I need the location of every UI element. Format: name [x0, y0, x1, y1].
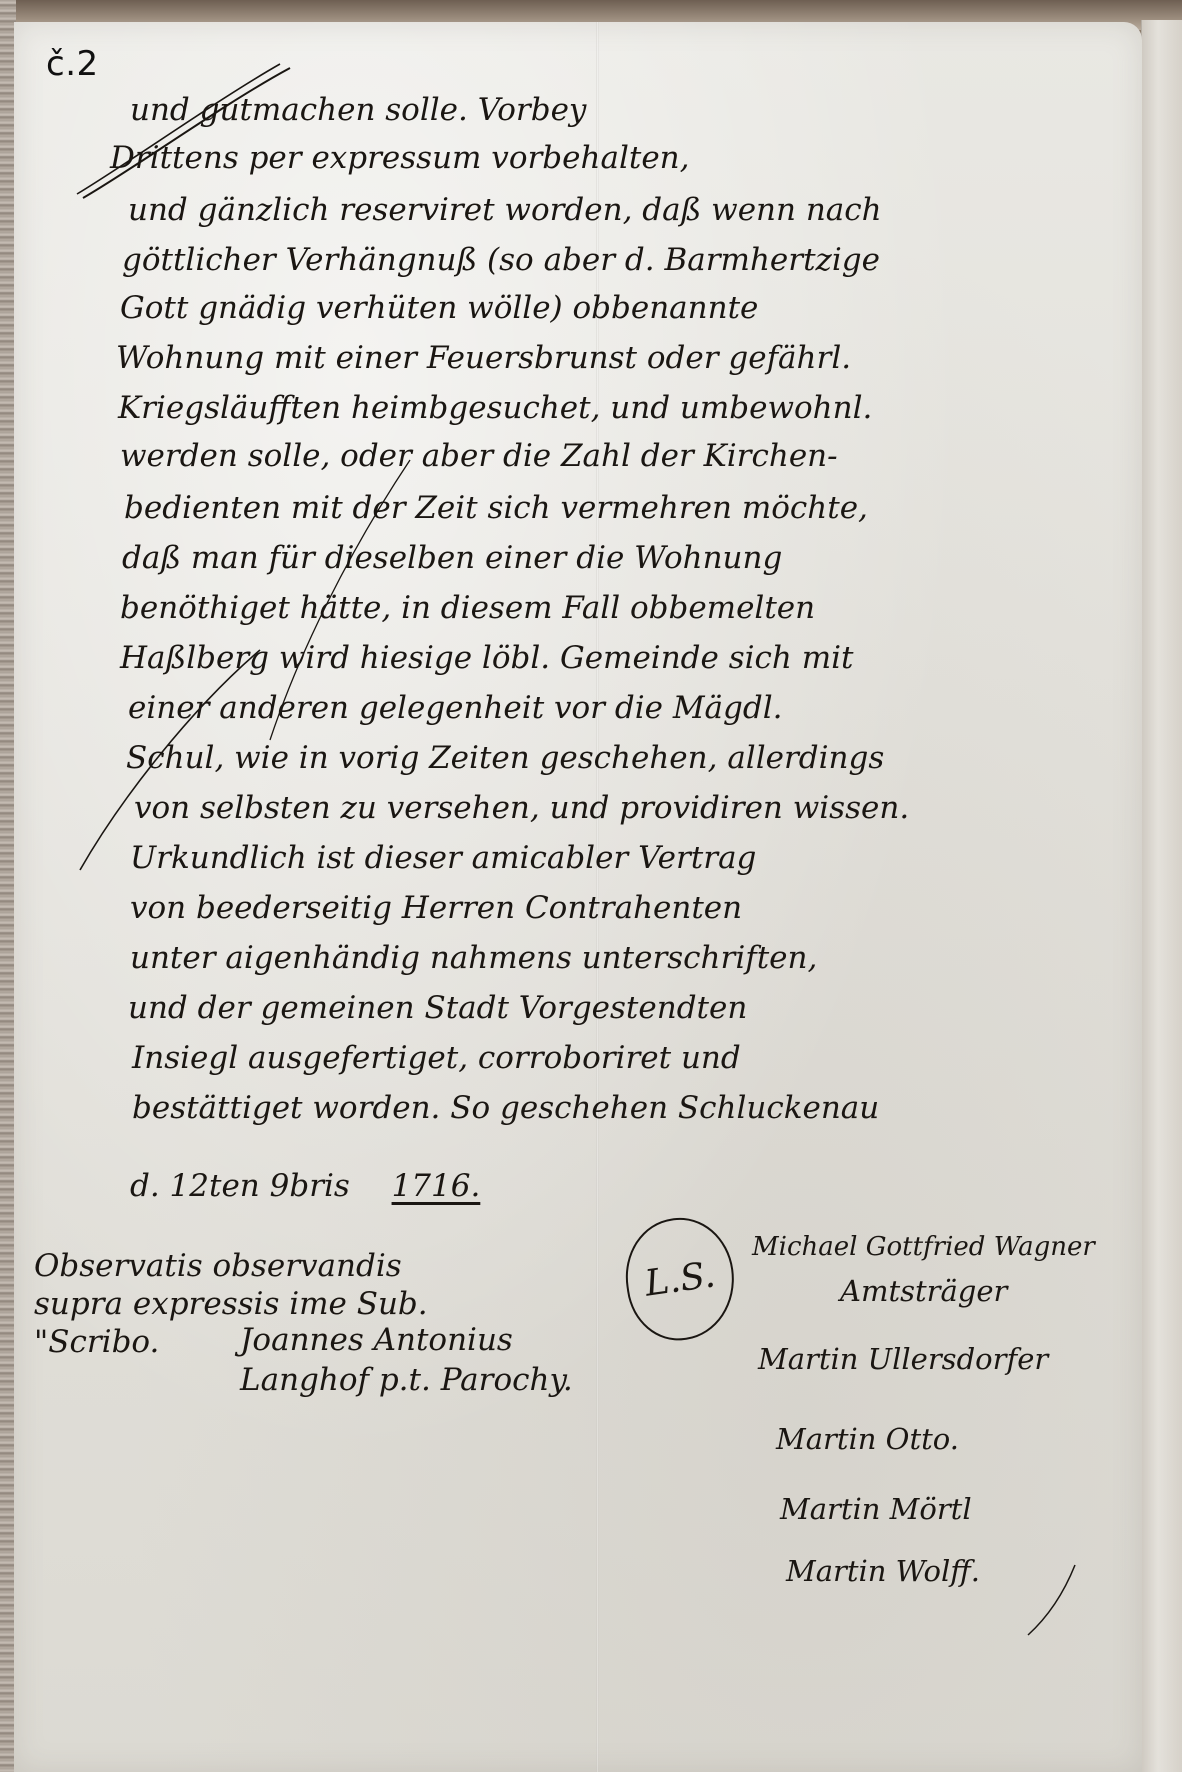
attestation-line: Observatis observandis: [34, 1248, 428, 1286]
scribe-name-line: Langhof p.t. Parochy.: [240, 1362, 573, 1402]
date-year: 1716.: [392, 1168, 481, 1204]
body-line: Gott gnädig verhüten wölle) obbenannte: [120, 293, 758, 324]
signature: Martin Otto.: [776, 1422, 959, 1456]
scribe-signature: Joannes Antonius Langhof p.t. Parochy.: [240, 1322, 573, 1402]
attestation-line: supra expressis ime Sub.: [34, 1286, 428, 1324]
body-line: Insiegl ausgefertiget, corroboriret und: [132, 1043, 741, 1074]
signature: Martin Ullersdorfer: [758, 1342, 1048, 1376]
body-line: und gutmachen solle. Vorbey: [130, 95, 586, 126]
body-line: Wohnung mit einer Feuersbrunst oder gefä…: [116, 343, 851, 374]
body-line: unter aigenhändig nahmens unterschriften…: [130, 943, 817, 974]
body-line: göttlicher Verhängnuß (so aber d. Barmhe…: [122, 245, 880, 276]
body-line: und der gemeinen Stadt Vorgestendten: [128, 993, 747, 1024]
body-line: von selbsten zu versehen, und providiren…: [134, 793, 909, 824]
body-line: bestättiget worden. So geschehen Schluck…: [132, 1093, 879, 1124]
seal-label: L.S.: [642, 1254, 717, 1304]
body-line: Schul, wie in vorig Zeiten geschehen, al…: [126, 743, 884, 774]
body-line: von beederseitig Herren Contrahenten: [130, 893, 742, 924]
body-line: und gänzlich reserviret worden, daß wenn…: [128, 195, 882, 226]
body-line: einer anderen gelegenheit vor die Mägdl.: [128, 693, 783, 724]
date-line: d. 12ten 9bris 1716.: [130, 1168, 480, 1204]
date-prefix: d. 12ten 9bris: [130, 1168, 350, 1204]
body-line: bedienten mit der Zeit sich vermehren mö…: [124, 493, 868, 524]
body-line: Drittens per expressum vorbehalten,: [110, 143, 689, 174]
body-line: werden solle, oder aber die Zahl der Kir…: [120, 441, 838, 472]
signature: Martin Mörtl: [780, 1492, 972, 1526]
body-line: Urkundlich ist dieser amicabler Vertrag: [130, 843, 756, 874]
signature: Michael Gottfried Wagner: [752, 1232, 1095, 1262]
body-line: Haßlberg wird hiesige löbl. Gemeinde sic…: [120, 643, 854, 674]
body-line: benöthiget hätte, in diesem Fall obbemel…: [120, 593, 815, 624]
body-line: Kriegsläufften heimbgesuchet, und umbewo…: [118, 393, 872, 424]
signature: Martin Wolff.: [786, 1554, 980, 1588]
underlying-page-edge: [1141, 20, 1182, 1772]
signature: Amtsträger: [840, 1274, 1007, 1308]
scribe-name-line: Joannes Antonius: [240, 1322, 573, 1362]
lead-in-flourish-icon: [75, 58, 305, 208]
body-line: daß man für dieselben einer die Wohnung: [122, 543, 782, 574]
